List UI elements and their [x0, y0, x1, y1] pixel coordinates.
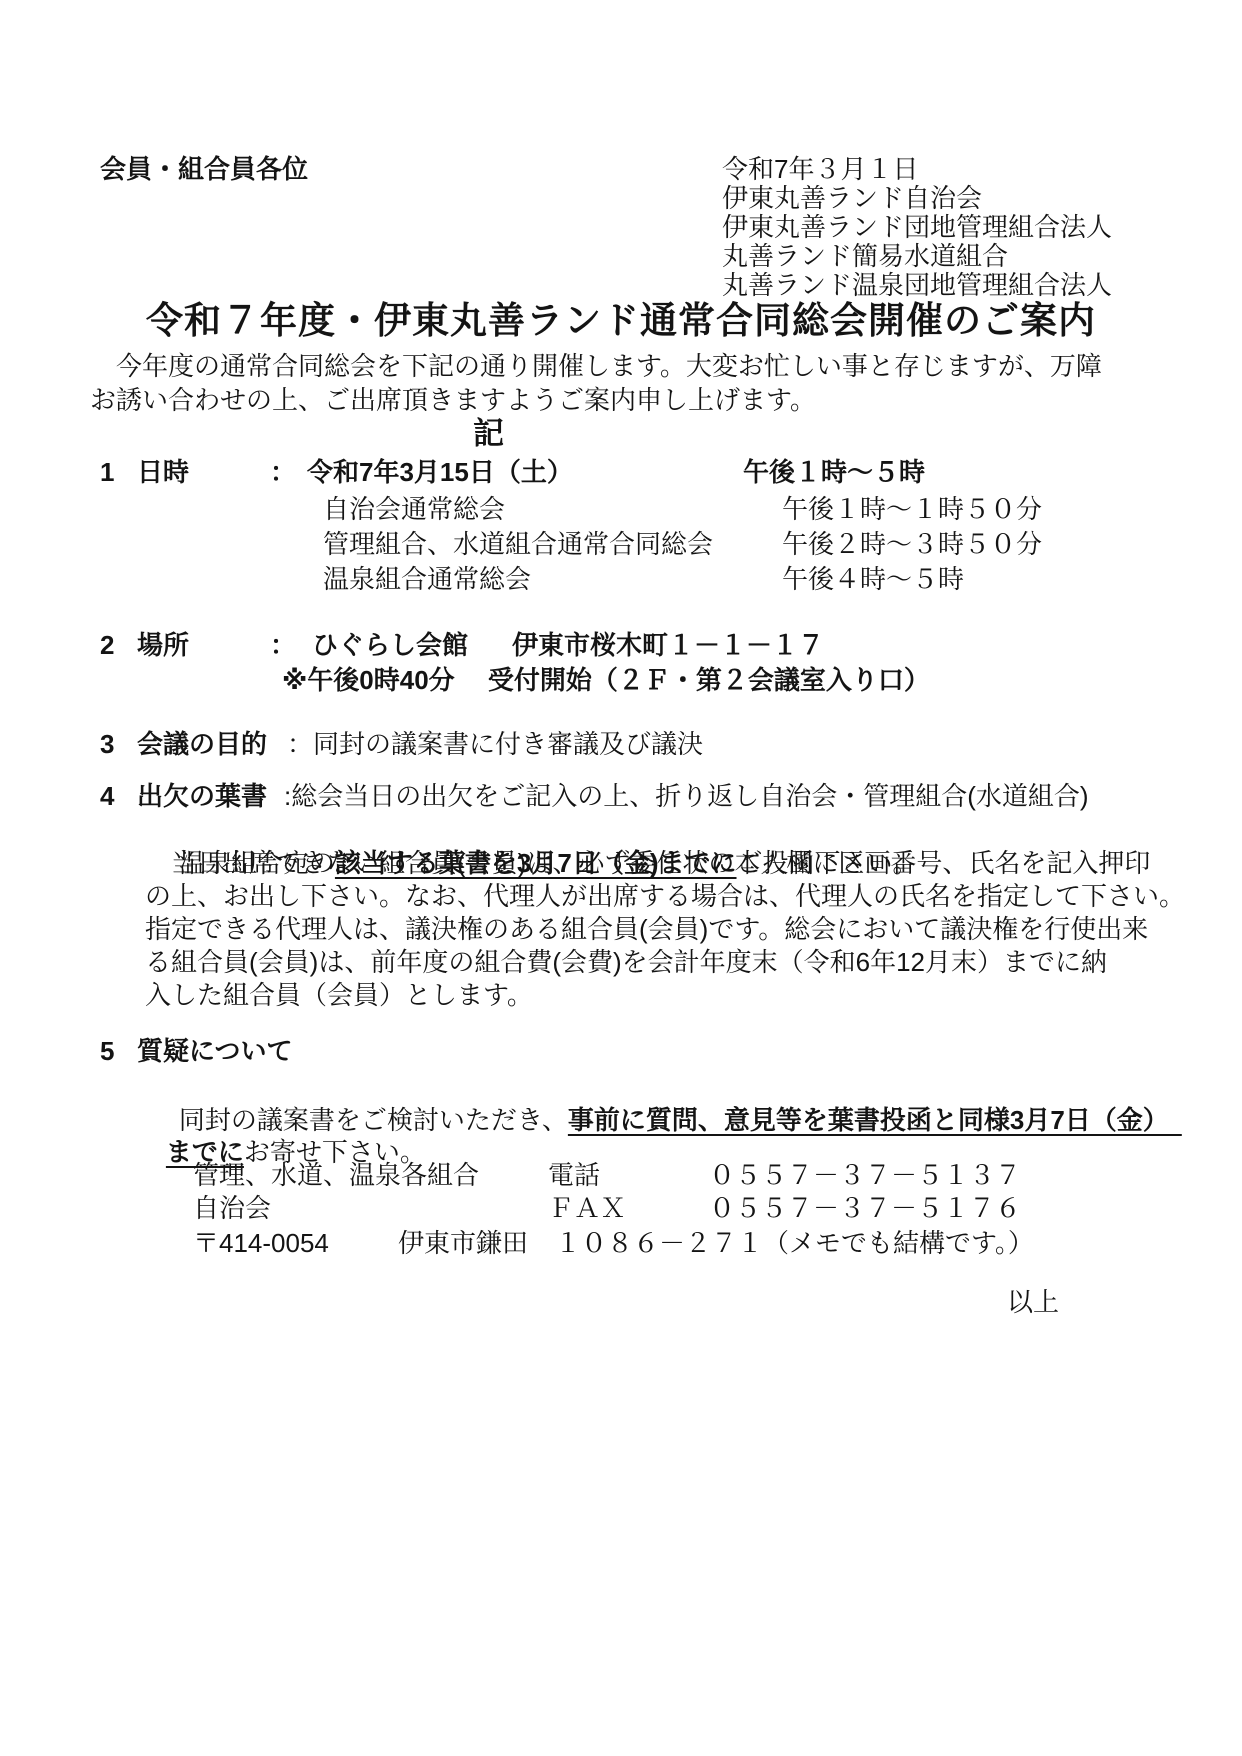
contact-org: 管理、水道、温泉各組合 — [193, 1158, 479, 1192]
sender-line: 丸善ランド温泉団地管理組合法人 — [722, 268, 1112, 302]
contact-number: ０５５７－３７－５１３７ — [709, 1158, 1021, 1192]
schedule-name: 温泉組合通常総会 — [323, 562, 531, 596]
section-number: 2 — [100, 628, 114, 662]
contact-kind: 電話 — [548, 1158, 600, 1192]
postcard-intro: :総会当日の出欠をご記入の上、折り返し自治会・管理組合(水道組合) — [284, 779, 1089, 813]
section-label: 場所 — [137, 628, 189, 662]
section-number: 1 — [100, 455, 114, 489]
schedule-time: 午後１時～１時５０分 — [782, 492, 1042, 526]
venue-address: 伊東市桜木町１－１－１７ — [512, 628, 824, 662]
venue-name: ひぐらし会館 — [312, 628, 468, 662]
intro-line: お誘い合わせの上、ご出席頂きますようご案内申し上げます。 — [90, 383, 816, 417]
section-number: 4 — [100, 779, 114, 813]
section-label: 出欠の葉書 — [137, 779, 267, 813]
contact-kind: 伊東市鎌田 — [398, 1226, 528, 1260]
questions-emphasis: 事前に質問、意見等を葉書投函と同様3月7日（金） — [568, 1105, 1182, 1135]
closing-ijo: 以上 — [1007, 1285, 1059, 1319]
schedule-time: 午後４時～５時 — [782, 562, 964, 596]
section-number: 5 — [100, 1034, 114, 1068]
document-page: 会員・組合員各位 令和7年３月１日 伊東丸善ランド自治会 伊東丸善ランド団地管理… — [0, 0, 1242, 1756]
intro-line: 今年度の通常合同総会を下記の通り開催します。大変お忙しい事と存じますが、万障 — [90, 349, 1102, 383]
postcard-paragraph-line: 入した組合員（会員）とします。 — [145, 978, 533, 1012]
page-title: 令和７年度・伊東丸善ランド通常合同総会開催のご案内 — [0, 299, 1242, 343]
section-label: 会議の目的 — [137, 727, 267, 761]
contact-number: ０５５７－３７－５１７６ — [709, 1191, 1021, 1225]
contact-org: 自治会 — [193, 1191, 271, 1225]
addressee: 会員・組合員各位 — [100, 152, 308, 186]
postcard-paragraph-line: 当日出席できない組合員(会員)は、必ず委任状の本人欄に区画番号、氏名を記入押印 — [145, 846, 1150, 880]
postcard-paragraph-line: の上、お出し下さい。なお、代理人が出席する場合は、代理人の氏名を指定して下さい。 — [145, 879, 1185, 913]
postcard-paragraph-line: る組合員(会員)は、前年度の組合費(会費)を会計年度末（令和6年12月末）までに… — [145, 945, 1107, 979]
contact-kind: ＦＡＸ — [548, 1191, 626, 1225]
schedule-name: 管理組合、水道組合通常合同総会 — [323, 527, 713, 561]
ki-marker: 記 — [473, 417, 504, 451]
reception-note: ※午後0時40分 受付開始（２Ｆ・第２会議室入り口） — [282, 663, 930, 697]
colon: ： — [270, 628, 296, 662]
purpose-text: ：同封の議案書に付き審議及び議決 — [287, 727, 703, 761]
contact-number: １０８６－２７１（メモでも結構です。） — [555, 1226, 1034, 1260]
contact-org: 〒414-0054 — [193, 1226, 329, 1260]
meeting-date: 令和7年3月15日（土） — [307, 455, 573, 489]
schedule-name: 自治会通常総会 — [323, 492, 505, 526]
section-label: 日時 — [137, 455, 189, 489]
schedule-time: 午後２時～３時５０分 — [782, 527, 1042, 561]
section-label: 質疑について — [137, 1034, 292, 1068]
meeting-time: 午後１時～５時 — [743, 455, 925, 489]
postcard-paragraph-line: 指定できる代理人は、議決権のある組合員(会員)です。総会において議決権を行使出来 — [145, 912, 1148, 946]
colon: ： — [270, 455, 296, 489]
section-number: 3 — [100, 727, 114, 761]
